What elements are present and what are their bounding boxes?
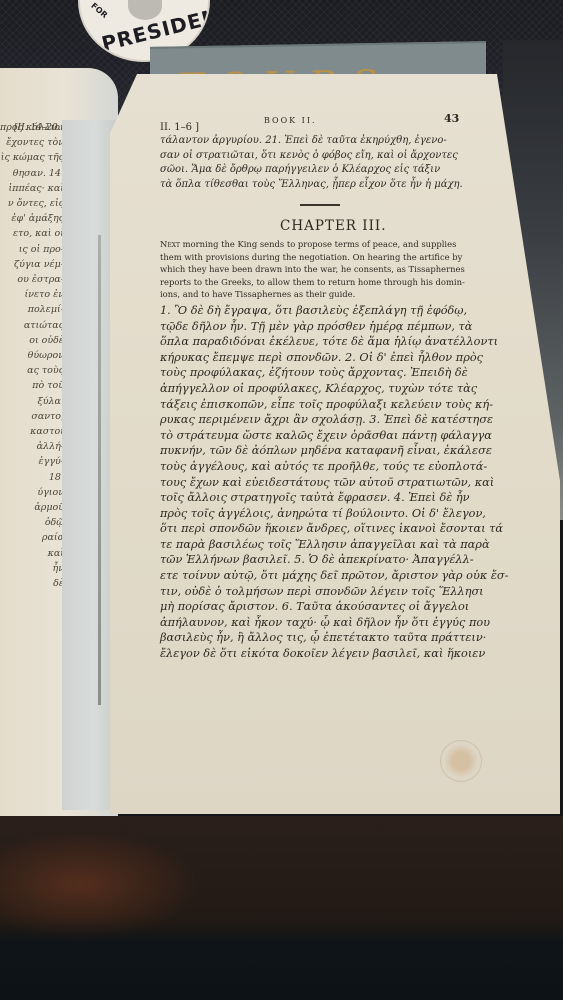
- top-paragraph-line: σῶοι. Ἅμα δὲ ὄρθρῳ παρήγγειλεν ὁ Κλέαρχο…: [160, 163, 532, 178]
- left-page-line: οι οὐδὲ: [0, 333, 64, 348]
- greek-text-line: ἀπήλαυνον, καὶ ἧκον ταχύ· ᾧ καὶ δῆλον ἦν…: [160, 615, 532, 631]
- greek-body-text: 1. Ὃ δὲ δὴ ἔγραψα, ὅτι βασιλεὺς ἐξεπλάγη…: [160, 303, 532, 662]
- greek-text-line: τοὺς ἀγγέλους, καὶ αὐτός τε προῆλθε, τού…: [160, 459, 532, 475]
- summary-lead-word: Next: [160, 239, 180, 249]
- greek-text-line: τε παρὰ βασιλέως τοῖς Ἕλλησιν ἀπαγγεῖλαι…: [160, 537, 532, 553]
- chapter-title: CHAPTER III.: [280, 218, 532, 234]
- portrait-icon: [128, 0, 162, 20]
- right-page-content: II. 1–6 ] BOOK II. 43 τάλαντον ἀργυρίου.…: [160, 112, 532, 662]
- left-page-line: ἐφ' ἁμάξης: [0, 211, 64, 226]
- left-page-line: ὁδῷ: [0, 515, 64, 530]
- left-page-line: καστοι: [0, 424, 64, 439]
- light-reflection: [0, 830, 200, 940]
- greek-text-line: τῶν Ἑλλήνων βασιλεῖ. 5. Ὁ δὲ ἀπεκρίνατο·…: [160, 552, 532, 568]
- left-page-line: ύγιον: [0, 485, 64, 500]
- summary-line: them with provisions during the negotiat…: [160, 251, 532, 264]
- greek-text-line: ὅτι περὶ σπονδῶν ἥκοιεν ἄνδρες, οἵτινες …: [160, 521, 532, 537]
- greek-text-line: τὸ στράτευμα ὥστε καλῶς ἔχειν ὁρᾶσθαι πά…: [160, 428, 532, 444]
- left-page-line: δὲ: [0, 576, 64, 591]
- left-page-line: 18.: [0, 470, 64, 485]
- left-page-line: ίνετο ἐν: [0, 287, 64, 302]
- left-page-line: ατιώτας: [0, 318, 64, 333]
- left-page-line: ραία: [0, 530, 64, 545]
- greek-text-line: τῷδε δῆλον ἦν. Τῇ μὲν γὰρ πρόσθεν ἡμέρᾳ …: [160, 319, 532, 335]
- left-page-line: ἐγγύ-: [0, 454, 64, 469]
- greek-text-line: ρυκας περιμένειν ἄχρι ἂν σχολάσῃ. 3. Ἐπε…: [160, 412, 532, 428]
- top-paragraph: τάλαντον ἀργυρίου. 21. Ἐπεὶ δὲ ταῦτα ἐκη…: [160, 134, 532, 192]
- greek-text-line: ὅπλα παραδιδόναι ἐκέλευε, τότε δὲ ἅμα ἡλ…: [160, 334, 532, 350]
- left-page-line: σαντο,: [0, 409, 64, 424]
- greek-text-line: ετε τοίνυν αὐτῷ, ὅτι μάχης δεῖ πρῶτον, ἄ…: [160, 568, 532, 584]
- book-label: BOOK II.: [264, 116, 317, 125]
- greek-text-line: κήρυκας ἔπεμψε περὶ σπονδῶν. 2. Οἱ δ' ἐπ…: [160, 350, 532, 366]
- top-paragraph-line: τάλαντον ἀργυρίου. 21. Ἐπεὶ δὲ ταῦτα ἐκη…: [160, 134, 532, 149]
- greek-text-line: βασιλεὺς ἦν, ἢ ἄλλος τις, ᾧ ἐπετέτακτο τ…: [160, 630, 532, 646]
- greek-text-line: τιν, οὐδὲ ὁ τολμήσων περὶ σπονδῶν λέγειν…: [160, 584, 532, 600]
- left-page-line: ν ὄντες, εἰς: [0, 196, 64, 211]
- left-page-line: ἀλλή-: [0, 439, 64, 454]
- left-page-line: ἀρμοῦ: [0, 500, 64, 515]
- left-page-line: προς κάλλιον.: [0, 120, 64, 135]
- summary-line: ions, and to have Tissaphernes as their …: [160, 288, 532, 301]
- running-head: II. 1–6 ] BOOK II. 43: [160, 112, 532, 134]
- left-page-line: ετο, καὶ οἱ: [0, 226, 64, 241]
- left-page-line: πολεμί-: [0, 302, 64, 317]
- greek-text-line: πυκνήν, τῶν δὲ ἀόπλων μηδένα καταφανῆ εἶ…: [160, 443, 532, 459]
- left-page-line: θησαν. 14.: [0, 166, 64, 181]
- section-range: II. 1–6 ]: [160, 122, 199, 133]
- section-divider: [300, 204, 340, 206]
- page-crease: [98, 235, 101, 705]
- chapter-summary: Next morning the King sends to propose t…: [160, 238, 532, 301]
- greek-text-line: ἀπήγγελλον οἱ προφύλακες, Κλέαρχος, τυχὼ…: [160, 381, 532, 397]
- greek-text-line: 1. Ὃ δὲ δὴ ἔγραψα, ὅτι βασιλεὺς ἐξεπλάγη…: [160, 303, 532, 319]
- left-page-text: προς κάλλιον.ἔχοντες τὸνὶς κώμας τῆςθησα…: [0, 120, 64, 591]
- left-page-line: ις οἱ προ-: [0, 242, 64, 257]
- greek-text-line: μὴ πορίσας ἄριστον. 6. Ταῦτα ἀκούσαντες …: [160, 599, 532, 615]
- greek-text-line: πρὸς τοῖς ἀγγέλοις, ἀνηρώτα τί βούλοιντο…: [160, 506, 532, 522]
- summary-line: reports to the Greeks, to allow them to …: [160, 276, 532, 289]
- greek-text-line: τοῖς ἄλλοις στρατηγοῖς ταὐτὰ ἔφρασεν. 4.…: [160, 490, 532, 506]
- summary-line: Next morning the King sends to propose t…: [160, 238, 532, 251]
- left-page-line: ἦν: [0, 561, 64, 576]
- greek-text-line: τάξεις ἐπισκοπῶν, εἶπε τοῖς προφύλαξι κε…: [160, 397, 532, 413]
- left-page-line: ἱππέας· καὶ: [0, 181, 64, 196]
- greek-text-line: τους ἔχων καὶ εὐειδεστάτους τῶν αὐτοῦ στ…: [160, 475, 532, 491]
- left-page-line: καὶ: [0, 546, 64, 561]
- left-page-line: ας τοὺς: [0, 363, 64, 378]
- pin-small-text: FOR: [89, 1, 109, 20]
- left-page-line: ὶς κώμας τῆς: [0, 150, 64, 165]
- greek-text-line: ἔλεγον δὲ ὅτι εἰκότα δοκοῖεν λέγειν βασι…: [160, 646, 532, 662]
- page-number: 43: [444, 112, 459, 125]
- left-page-line: ζύγια νέμ-: [0, 257, 64, 272]
- summary-line: which they have been drawn into the war,…: [160, 263, 532, 276]
- left-page-line: ξύλα.: [0, 394, 64, 409]
- left-page-line: ἔχοντες τὸν: [0, 135, 64, 150]
- greek-text-line: τοὺς προφύλακας, ἐζήτουν τοὺς ἄρχοντας. …: [160, 365, 532, 381]
- left-page-line: πὸ τοῦ: [0, 378, 64, 393]
- left-page-line: ου ἐστρα-: [0, 272, 64, 287]
- left-page-line: θύωρον: [0, 348, 64, 363]
- paper-stain: [440, 740, 482, 782]
- top-paragraph-line: σαν οἱ στρατιῶται, ὅτι κενὸς ὁ φόβος εἴη…: [160, 149, 532, 164]
- top-paragraph-line: τὰ ὅπλα τίθεσθαι τοὺς Ἕλληνας, ᾗπερ εἶχο…: [160, 178, 532, 193]
